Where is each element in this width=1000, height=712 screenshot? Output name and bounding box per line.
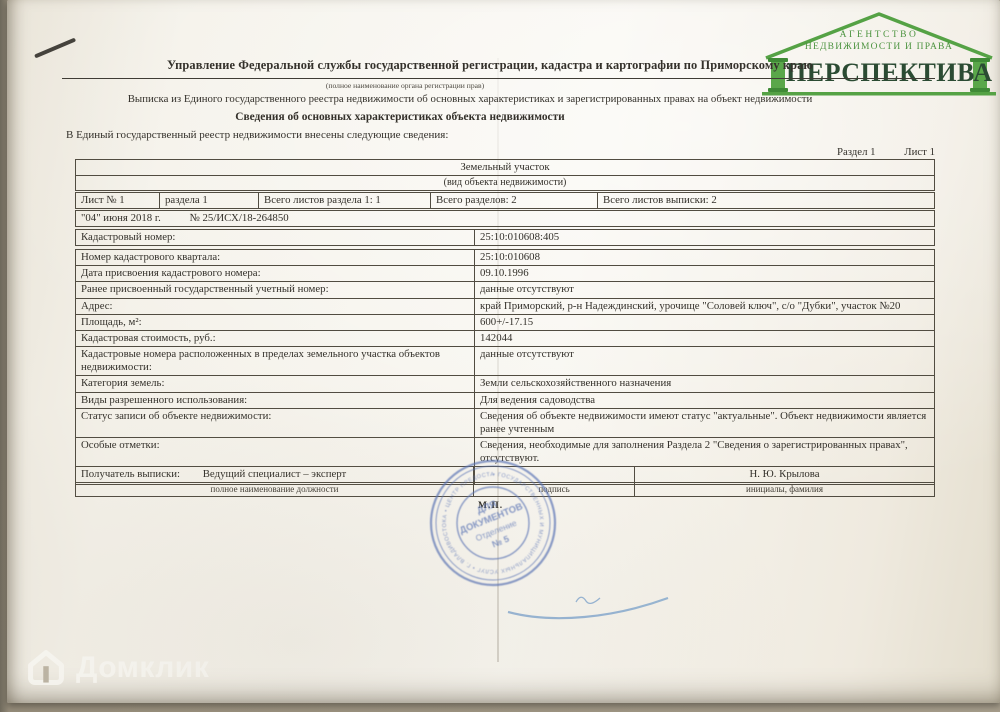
row-label: Адрес: [76,298,475,314]
object-kind-table: Земельный участок (вид объекта недвижимо… [75,159,935,191]
watermark-brand: Домклик [76,651,209,685]
section-no-cell: раздела 1 [160,193,259,209]
title-underline [62,78,935,79]
row-label: Кадастровые номера расположенных в преде… [76,347,475,376]
row-value: 09.10.1996 [475,266,935,282]
section-sheet-label: Раздел 1 Лист 1 [635,146,935,158]
row-value: данные отсутствуют [475,282,935,298]
cadastral-number-value: 25:10:010608:405 [475,230,935,246]
row-value: Сведения об объекте недвижимости имеют с… [475,408,935,437]
row-value: Земли сельскохозяйственного назначения [475,376,935,392]
name-caption: инициалы, фамилия [635,483,935,497]
row-value: данные отсутствуют [475,347,935,376]
table-row: Номер кадастрового квартала: 25:10:01060… [76,250,935,266]
agency-logo: АГЕНТСТВО НЕДВИЖИМОСТИ И ПРАВА ПЕРСПЕКТИ… [762,6,996,98]
extract-number: № 25/ИСХ/18-264850 [190,212,289,224]
authority-caption: (полное наименование органа регистрации … [60,81,750,90]
table-row: Кадастровые номера расположенных в преде… [76,347,935,376]
logo-agency-line1: АГЕНТСТВО [762,30,996,40]
date-number-table: "04" июня 2018 г. № 25/ИСХ/18-264850 [75,210,935,227]
handwritten-signature [498,586,678,626]
row-value: 600+/-17.15 [475,314,935,330]
table-row: Адрес: край Приморский, р-н Надеждинский… [76,298,935,314]
object-kind: Земельный участок [76,160,935,176]
sheet-number: Лист 1 [904,146,935,158]
characteristics-table: Номер кадастрового квартала: 25:10:01060… [75,249,935,485]
cadastral-number-label: Кадастровый номер: [76,230,475,246]
section-number: Раздел 1 [837,146,876,158]
table-row: Статус записи об объекте недвижимости: С… [76,408,935,437]
official-position: Ведущий специалист – эксперт [76,467,474,483]
site-watermark: Домклик [26,648,209,688]
sheets-summary-table: Лист № 1 раздела 1 Всего листов раздела … [75,192,935,209]
row-value: 25:10:010608 [475,250,935,266]
row-label: Кадастровая стоимость, руб.: [76,330,475,346]
position-caption: полное наименование должности [76,483,474,497]
logo-agency-line2: НЕДВИЖИМОСТИ И ПРАВА [762,42,996,52]
cadastral-number-table: Кадастровый номер: 25:10:010608:405 [75,229,935,246]
row-label: Ранее присвоенный государственный учетны… [76,282,475,298]
total-sections-cell: Всего разделов: 2 [431,193,598,209]
registration-authority-title: Управление Федеральной службы государств… [60,58,920,73]
sheet-no-cell: Лист № 1 [76,193,160,209]
row-label: Виды разрешенного использования: [76,392,475,408]
total-sheets-section-cell: Всего листов раздела 1: 1 [259,193,431,209]
row-value: Для ведения садоводства [475,392,935,408]
round-stamp: • ГОСУДАРСТВЕННЫХ И МУНИЦИПАЛЬНЫХ УСЛУГ … [424,452,562,594]
official-name: Н. Ю. Крылова [635,467,935,483]
row-label: Категория земель: [76,376,475,392]
domclick-house-icon [26,648,66,688]
table-row: Кадастровая стоимость, руб.: 142044 [76,330,935,346]
intro-line: В Единый государственный реестр недвижим… [66,129,448,141]
row-label: Номер кадастрового квартала: [76,250,475,266]
row-value: край Приморский, р-н Надеждинский, урочи… [475,298,935,314]
table-row: Площадь, м²: 600+/-17.15 [76,314,935,330]
row-label: Дата присвоения кадастрового номера: [76,266,475,282]
document-type-line: Выписка из Единого государственного реес… [60,93,880,105]
table-row: Ранее присвоенный государственный учетны… [76,282,935,298]
object-kind-caption: (вид объекта недвижимости) [76,176,935,191]
document-subtitle: Сведения об основных характеристиках объ… [60,111,740,123]
table-row: Категория земель: Земли сельскохозяйстве… [76,376,935,392]
row-label: Статус записи об объекте недвижимости: [76,408,475,437]
total-sheets-extract-cell: Всего листов выписки: 2 [598,193,935,209]
date-number-cell: "04" июня 2018 г. № 25/ИСХ/18-264850 [76,211,935,227]
row-value: 142044 [475,330,935,346]
row-label: Особые отметки: [76,438,475,467]
extract-date: "04" июня 2018 г. [81,212,161,224]
table-row: Виды разрешенного использования: Для вед… [76,392,935,408]
row-label: Площадь, м²: [76,314,475,330]
table-row: Дата присвоения кадастрового номера: 09.… [76,266,935,282]
